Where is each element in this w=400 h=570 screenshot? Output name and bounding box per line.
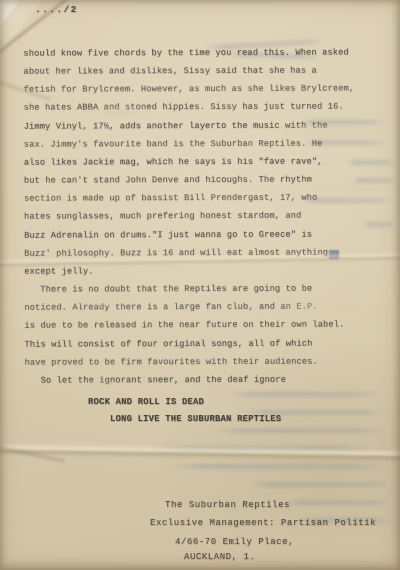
text-line: also likes Jackie mag, which he says is …	[24, 152, 369, 171]
bleed-through-mark	[215, 428, 385, 433]
text-line: she hates ABBA and stoned hippies. Sissy…	[24, 98, 369, 117]
bleed-through-mark	[285, 500, 390, 505]
scanned-letter-page: ...../2 should know five chords by the t…	[0, 0, 400, 570]
text-line: except jelly.	[24, 261, 369, 280]
text-line: have proved to be firm favourites with t…	[24, 352, 369, 371]
footer-address-city: AUCKLAND, 1.	[184, 552, 255, 562]
text-line: noticed. Already there is a large fan cl…	[24, 298, 369, 317]
text-line: Buzz Adrenalin on drums."I just wanna go…	[24, 225, 369, 244]
text-line: is due to be released in the near future…	[24, 316, 369, 335]
footer-management: Exclusive Management: Partisan Politik	[150, 518, 376, 528]
text-line: should know five chords by the time you …	[23, 43, 368, 62]
bleed-through-mark	[170, 464, 385, 469]
text-line: Jimmy Vinyl, 17½, adds another layerto t…	[24, 116, 369, 135]
text-line: about her likes and dislikes, Sissy said…	[23, 62, 368, 81]
text-line: This will consist of four original songs…	[24, 334, 369, 353]
footer-band-name: The Suburban Reptiles	[165, 500, 290, 510]
paper-crease	[0, 445, 65, 463]
text-line: So let the ignorant sneer, and the deaf …	[25, 370, 370, 389]
text-line: Buzz' philosophy. Buzz is 16 and will ea…	[24, 243, 369, 262]
bleed-through-mark	[250, 482, 390, 487]
text-line: fetish for Brylcreem. However, as much a…	[24, 80, 369, 99]
slogan-line-rock-and-roll: ROCK AND ROLL IS DEAD	[88, 397, 204, 407]
bleed-through-mark	[365, 222, 395, 227]
bleed-through-mark	[150, 446, 370, 451]
slogan-line-long-live: LONG LIVE THE SUBURBAN REPTILES	[110, 414, 281, 424]
text-line: There is no doubt that the Reptiles are …	[24, 279, 369, 298]
text-line: sax. Jimmy's favourite band is the Subur…	[24, 134, 369, 153]
body-text: should know five chords by the time you …	[23, 43, 369, 389]
text-line: section is made up of bassist Bill Prend…	[24, 189, 369, 208]
text-line: hates sunglasses, much prefering honest …	[24, 207, 369, 226]
text-line: but he can't stand John Denve and hicoug…	[24, 170, 369, 189]
bleed-through-mark	[230, 392, 380, 397]
footer-address-street: 4/66-70 Emily Place,	[175, 537, 294, 547]
